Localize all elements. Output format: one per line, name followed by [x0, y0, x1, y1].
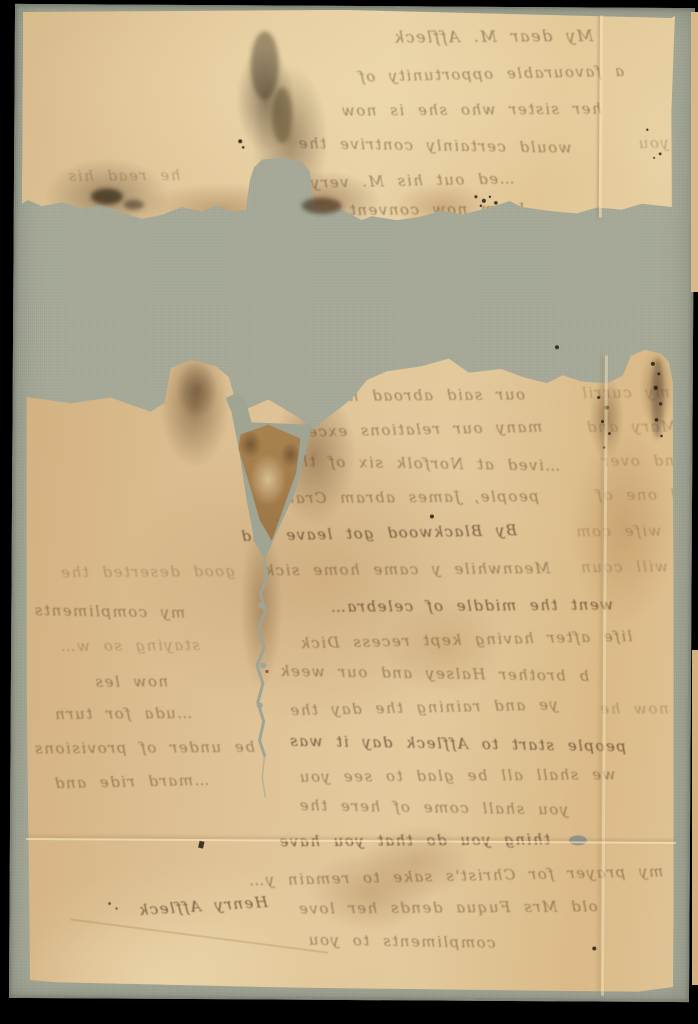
script-line: Mary and — [585, 417, 676, 436]
script-line: would certainly contrive the — [297, 134, 572, 157]
paper-fragment-top: My dear M. Affleck a favourable opportun… — [22, 8, 675, 222]
script-line: My dear M. Affleck — [393, 26, 594, 47]
script-line: Meanwhile y came home sick — [264, 559, 551, 579]
paper-edge-sliver-bottom — [692, 650, 698, 985]
script-line: people, James abram Cranby — [262, 487, 539, 507]
photo-background: My dear M. Affleck a favourable opportun… — [0, 0, 698, 1024]
script-line: compliments to you — [307, 931, 495, 952]
script-line: many our relations exced — [295, 418, 542, 441]
paper-fragment-main: our said abroad nothin my curril many ou… — [21, 344, 687, 1000]
script-line: a favourable opportunity of — [357, 62, 624, 86]
script-line: you shall come of here the — [298, 796, 568, 818]
script-line: went the middle of celebra… — [329, 596, 613, 616]
script-line: life after having kept recess Dick — [299, 627, 633, 652]
mount-wrapper: My dear M. Affleck a favourable opportun… — [9, 4, 695, 1002]
paper-edge-sliver-top — [691, 12, 698, 292]
script-line: b brother Halsey and our week — [279, 662, 589, 685]
script-line: we shall all be glad to see you — [298, 765, 615, 785]
script-line: my compliments — [33, 601, 185, 622]
script-line: my curril — [581, 383, 670, 402]
script-line: …uda for turn — [54, 704, 193, 723]
script-line: By Blackwood got leave and — [240, 521, 517, 545]
script-line: now les — [94, 672, 168, 691]
script-line: he read his — [67, 166, 180, 185]
script-line: staying so w… — [59, 636, 200, 655]
script-line: her sister who she is now — [340, 100, 601, 120]
script-line: I my prayer for Christ's sake to remain … — [248, 862, 684, 889]
script-line: …mard ride and — [53, 771, 209, 792]
script-line: …ived at Norfolk six of th… — [280, 452, 560, 475]
script-line: now he — [599, 699, 669, 718]
script-line: and over — [600, 451, 685, 470]
script-line: ye and raining the day the — [289, 696, 559, 720]
script-line: people start to Affleck day it was — [288, 732, 626, 756]
signature-script-line: Henry Affleck — [137, 893, 268, 919]
script-line: be under of provisions — [33, 738, 254, 758]
script-line: old Mrs Fuqua dends her love — [297, 897, 597, 917]
script-line: good deserted the — [60, 562, 236, 581]
